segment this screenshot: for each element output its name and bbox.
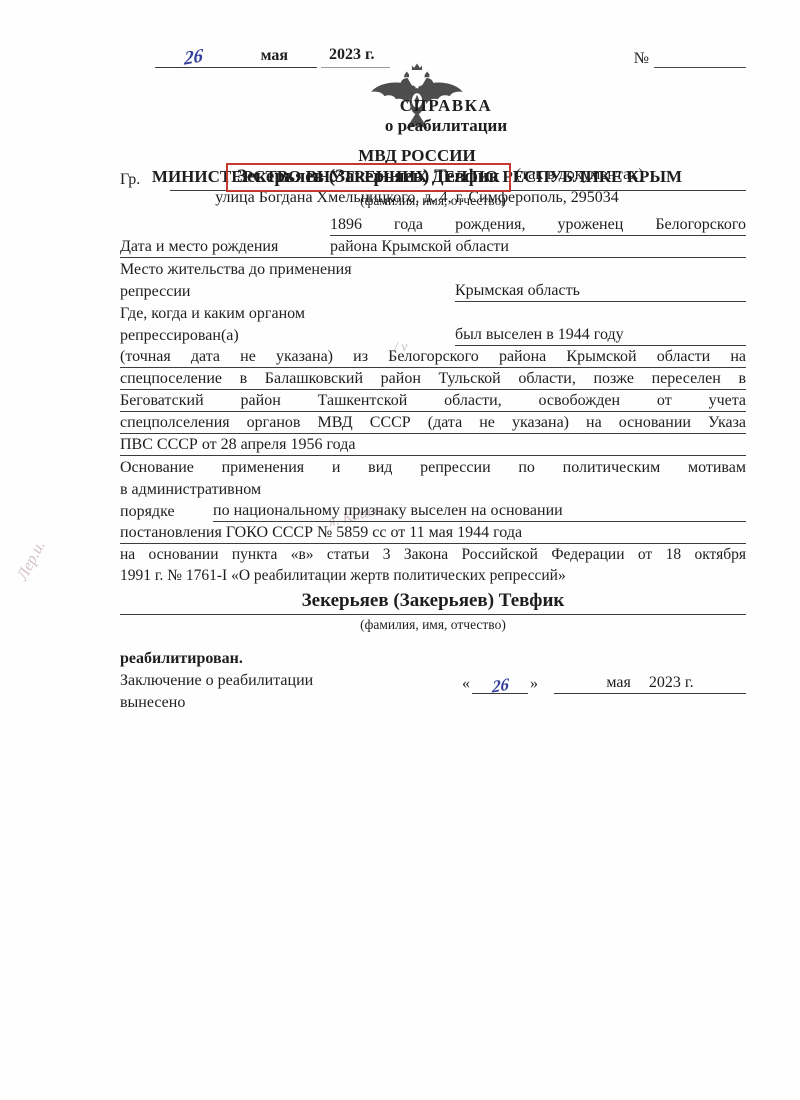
citizen-name-row: Гр. Зекерьяев (Закерьяев) Тевфик (так в …	[120, 160, 746, 191]
details-line: спецпоселение в Балашковский район Тульс…	[120, 368, 746, 390]
citizen-prefix: Гр.	[120, 171, 170, 191]
quote-open: «	[460, 675, 472, 694]
details-line: спецполселения органов МВД СССР (дата не…	[120, 412, 746, 434]
grounds-label-row1: Основание применения и вид репрессии по …	[120, 456, 746, 478]
document-title: СПРАВКА о реабилитации	[120, 96, 746, 136]
grounds-value-line1: по национальному признаку выселен на осн…	[213, 502, 746, 522]
repressed-value: был выселен в 1944 году	[455, 326, 746, 346]
legal-basis-row1: на основании пункта «в» статьи 3 Закона …	[120, 544, 746, 565]
repressed-label-line2: репрессирован(а)	[120, 327, 455, 346]
pencil-margin-note: Лер.и.	[14, 538, 50, 583]
residence-label-line2: репрессии	[120, 283, 455, 302]
title-main: СПРАВКА	[146, 96, 746, 116]
citizen-name-redbox: Зекерьяев (Закерьяев) Тевфик	[226, 163, 511, 192]
legal-basis-line2: 1991 г. № 1761-I «О реабилитации жертв п…	[120, 567, 566, 586]
title-sub: о реабилитации	[146, 116, 746, 136]
conclusion-month: мая	[606, 674, 630, 692]
grounds-label-line2: в административном	[120, 481, 261, 500]
repressed-value-row: репрессирован(а) был выселен в 1944 году	[120, 324, 746, 346]
handwritten-conclusion-day: 26	[491, 677, 508, 694]
birth-value-row1: 1896 года рождения, уроженец Белогорског…	[120, 214, 746, 236]
repressed-label-line1: Где, когда и каким органом	[120, 305, 452, 324]
rehabilitation-certificate-page: Лер.и. я. Киш.а / ν МВД РОССИИ МИНИСТЕРС…	[0, 0, 800, 1100]
rehabilitated-name-caption: (фамилия, имя, отчество)	[120, 617, 746, 632]
birth-value-line1: 1896 года рождения, уроженец Белогорског…	[330, 216, 746, 236]
details-text: спецполселения органов МВД СССР (дата не…	[120, 414, 746, 433]
issue-date: 26 мая 2023 г.	[155, 46, 390, 68]
name-note: (так в документах)	[516, 166, 644, 184]
quote-close: »	[528, 675, 540, 694]
conclusion-line2: вынесено	[120, 692, 460, 714]
grounds-value-row1: порядке по национальному признаку выселе…	[120, 500, 746, 522]
details-text: Беговатский район Ташкентской области, о…	[120, 392, 746, 411]
verdict-text: реабилитирован.	[120, 648, 746, 670]
legal-basis-row2: 1991 г. № 1761-I «О реабилитации жертв п…	[120, 565, 746, 586]
rehabilitated-name: Зекерьяев (Закерьяев) Тевфик	[120, 590, 746, 615]
conclusion-line1: Заключение о реабилитации	[120, 670, 460, 692]
details-text: ПВС СССР от 28 апреля 1956 года	[120, 436, 746, 455]
grounds-value-line2: постановления ГОКО СССР № 5859 сс от 11 …	[120, 524, 522, 543]
legal-basis-line1: на основании пункта «в» статьи 3 Закона …	[120, 546, 746, 565]
conclusion-row: Заключение о реабилитации вынесено « 26 …	[120, 670, 746, 714]
number-blank-field	[654, 48, 746, 68]
residence-label-line1: Место жительства до применения	[120, 261, 452, 280]
name-caption: (фамилия, имя, отчество)	[120, 193, 746, 208]
repressed-label-row1: Где, когда и каким органом	[120, 302, 746, 324]
birth-label: Дата и место рождения	[120, 238, 330, 257]
details-line: ПВС СССР от 28 апреля 1956 года	[120, 434, 746, 456]
residence-value: Крымская область	[455, 282, 746, 302]
number-sign: №	[634, 50, 649, 68]
issue-month: мая	[261, 47, 288, 65]
grounds-label-line1: Основание применения и вид репрессии по …	[120, 459, 746, 478]
details-line: (точная дата не указана) из Белогорского…	[120, 346, 746, 368]
details-text: спецпоселение в Балашковский район Тульс…	[120, 370, 746, 389]
issue-year: 2023 г.	[321, 46, 390, 68]
document-number: №	[634, 48, 746, 68]
grounds-label-line3: порядке	[120, 503, 213, 522]
conclusion-date: « 26 » мая 2023 г.	[460, 670, 746, 694]
residence-label-row1: Место жительства до применения	[120, 258, 746, 280]
grounds-label-row2: в административном	[120, 478, 746, 500]
birth-label-row: Дата и место рождения района Крымской об…	[120, 236, 746, 258]
grounds-value-row2: постановления ГОКО СССР № 5859 сс от 11 …	[120, 522, 746, 544]
details-text: (точная дата не указана) из Белогорского…	[120, 348, 746, 367]
residence-value-row: репрессии Крымская область	[120, 280, 746, 302]
conclusion-year: 2023 г.	[649, 674, 694, 692]
handwritten-day: 26	[184, 49, 203, 67]
details-line: Беговатский район Ташкентской области, о…	[120, 390, 746, 412]
date-number-line: 26 мая 2023 г. №	[120, 44, 746, 68]
birth-value-line2: района Крымской области	[330, 238, 746, 257]
